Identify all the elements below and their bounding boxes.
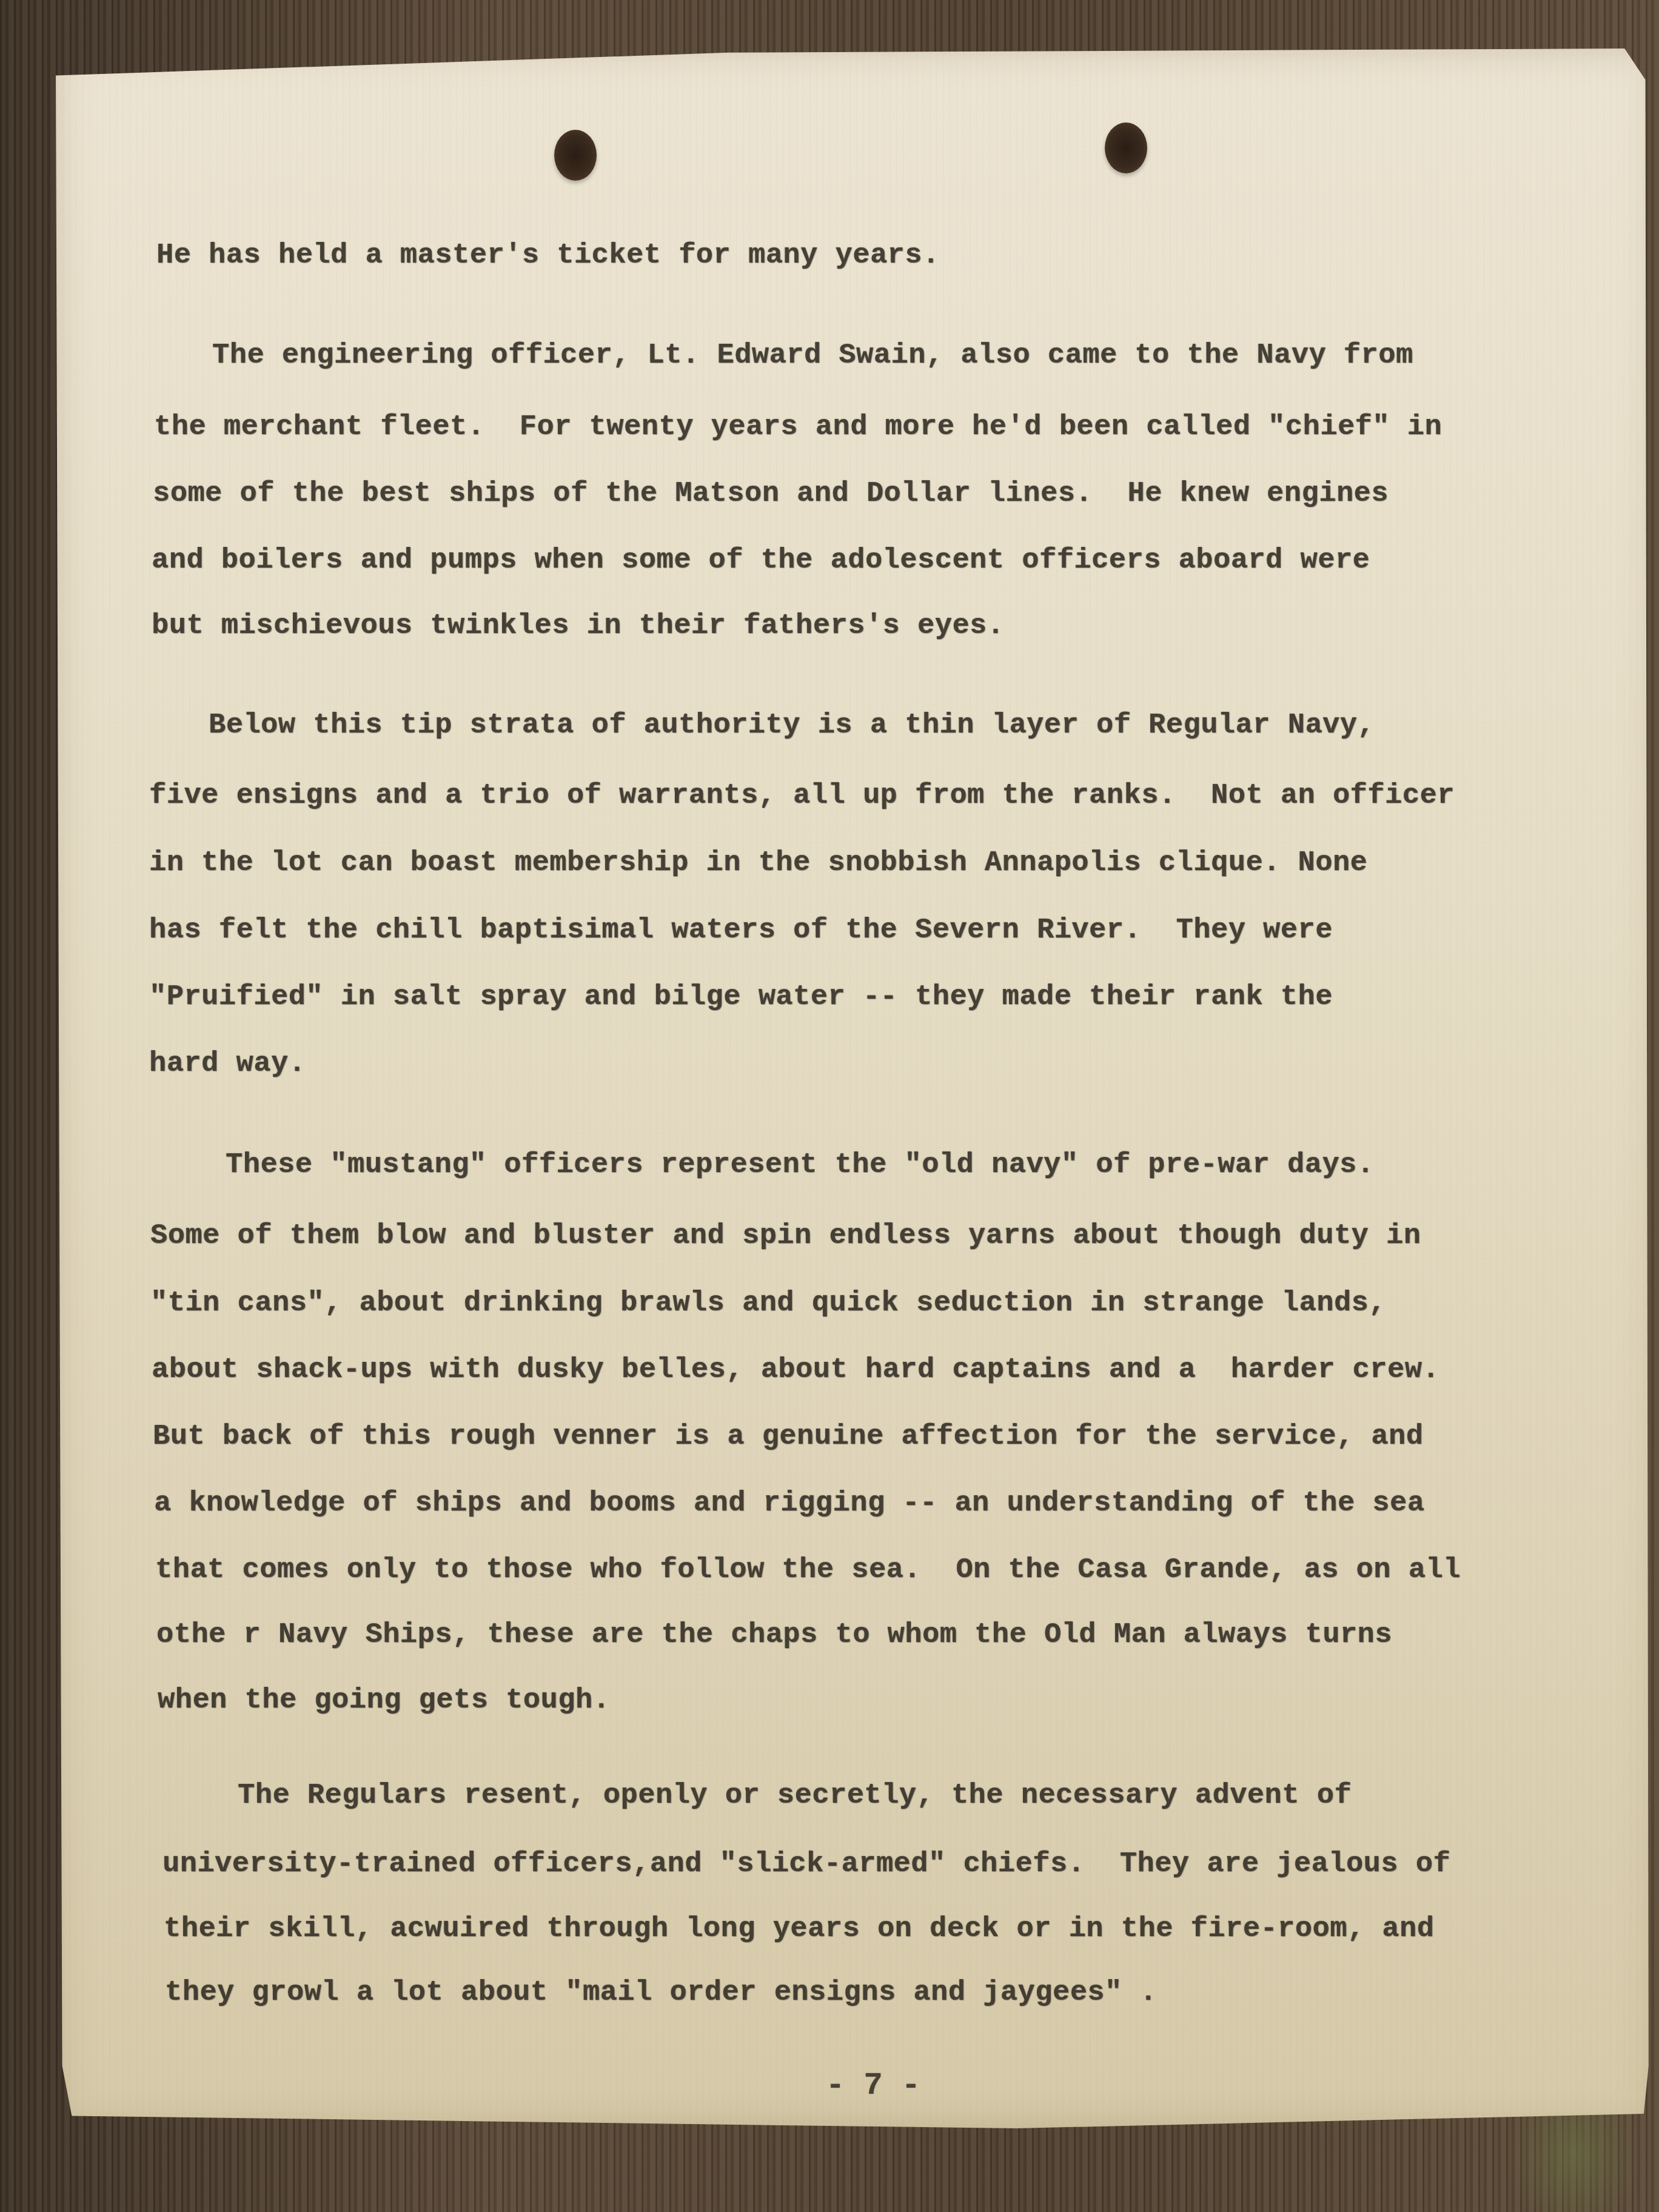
page-number: - 7 - — [826, 2068, 920, 2103]
text-line: Some of them blow and bluster and spin e… — [150, 1220, 1421, 1252]
text-line: five ensigns and a trio of warrants, all… — [149, 780, 1455, 812]
punch-hole-right — [1105, 122, 1147, 173]
text-line: about shack-ups with dusky belles, about… — [152, 1354, 1439, 1386]
text-line: hard way. — [149, 1048, 306, 1080]
text-line: but mischievous twinkles in their father… — [152, 610, 1005, 642]
text-line: has felt the chill baptisimal waters of … — [149, 914, 1333, 947]
text-line: "tin cans", about drinking brawls and qu… — [150, 1287, 1386, 1319]
text-line: These "mustang" officers represent the "… — [226, 1149, 1375, 1181]
text-line: some of the best ships of the Matson and… — [153, 478, 1389, 510]
text-line: But back of this rough venner is a genui… — [153, 1421, 1423, 1453]
text-line: The Regulars resent, openly or secretly,… — [238, 1780, 1352, 1812]
text-line: they growl a lot about "mail order ensig… — [165, 1977, 1157, 2009]
text-line: a knowledge of ships and booms and riggi… — [154, 1487, 1424, 1520]
text-line: the merchant fleet. For twenty years and… — [154, 411, 1442, 443]
text-line: when the going gets tough. — [158, 1684, 610, 1717]
text-line: and boilers and pumps when some of the a… — [152, 545, 1370, 577]
punch-hole-left — [554, 130, 597, 181]
text-line: university-trained officers,and "slick-a… — [163, 1848, 1450, 1880]
text-line: their skill, acwuired through long years… — [164, 1913, 1434, 1945]
text-line: He has held a master's ticket for many y… — [156, 240, 940, 272]
text-line: othe r Navy Ships, these are the chaps t… — [156, 1619, 1392, 1651]
text-line: The engineering officer, Lt. Edward Swai… — [212, 340, 1413, 372]
text-line: "Pruified" in salt spray and bilge water… — [149, 981, 1333, 1013]
typewritten-page: He has held a master's ticket for many y… — [56, 49, 1657, 2128]
text-line: in the lot can boast membership in the s… — [149, 847, 1367, 879]
text-line: that comes only to those who follow the … — [155, 1554, 1461, 1586]
text-line: Below this tip strata of authority is a … — [209, 709, 1375, 742]
